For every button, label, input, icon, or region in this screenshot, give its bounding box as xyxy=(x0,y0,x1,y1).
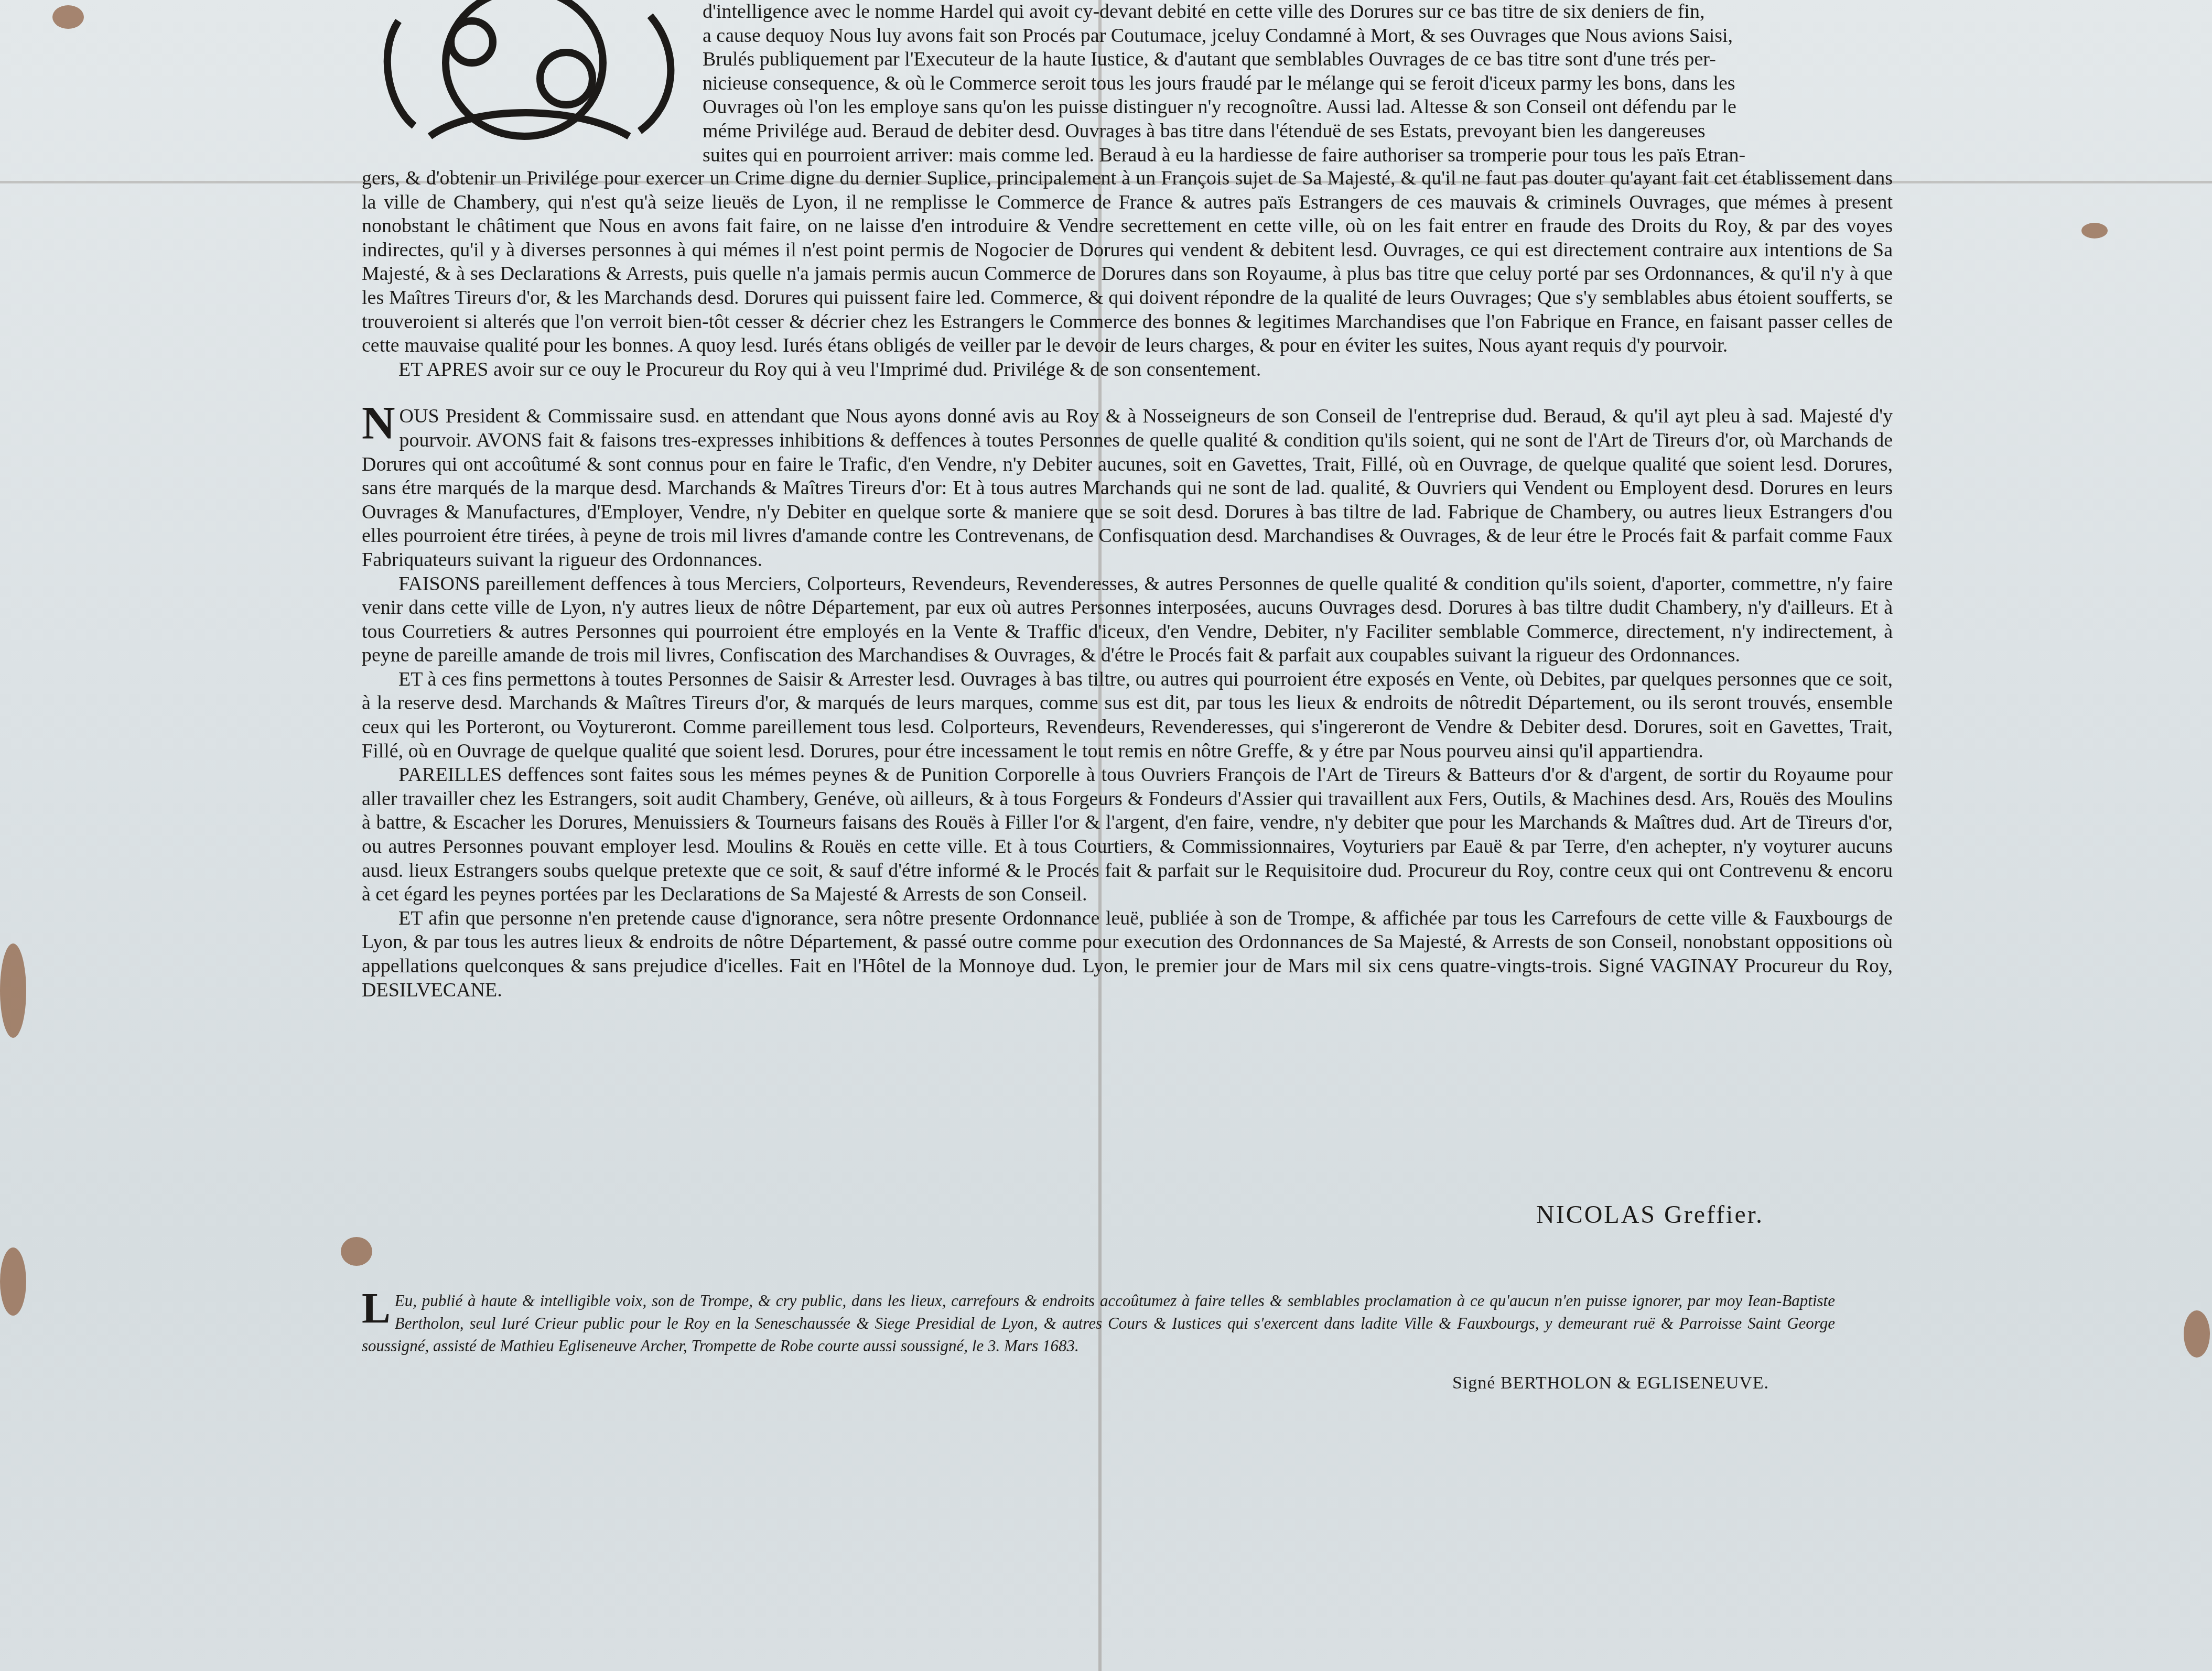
stain xyxy=(0,943,26,1038)
signature-greffier: NICOLAS Greffier. xyxy=(1536,1200,1764,1229)
stain xyxy=(52,5,84,29)
stain xyxy=(341,1237,372,1266)
signature-crieur: Signé BERTHOLON & EGLISENEUVE. xyxy=(1452,1373,1769,1393)
paragraph-faisons: FAISONS pareillement deffences à tous Me… xyxy=(362,572,1893,668)
document-page: d'intelligence avec le nomme Hardel qui … xyxy=(0,0,2212,1671)
drop-cap: N xyxy=(362,405,395,442)
paragraph-et-afin: ET afin que personne n'en pretende cause… xyxy=(362,907,1893,1002)
text-line: a cause dequoy Nous luy avons fait son P… xyxy=(703,24,1898,48)
drop-cap: L xyxy=(362,1289,391,1327)
paragraph-nous: NOUS President & Commissaire susd. en at… xyxy=(362,405,1893,572)
publication-notice: LEu, publié à haute & intelligible voix,… xyxy=(362,1289,1835,1357)
publication-text: Eu, publié à haute & intelligible voix, … xyxy=(362,1292,1835,1355)
paragraph-considerations: gers, & d'obtenir un Privilége pour exer… xyxy=(362,167,1893,358)
stain xyxy=(2081,223,2108,238)
text-line: d'intelligence avec le nomme Hardel qui … xyxy=(703,0,1898,24)
text-line: Brulés publiquement par l'Executeur de l… xyxy=(703,48,1898,72)
stain xyxy=(2184,1310,2210,1358)
text-line: nicieuse consequence, & où le Commerce s… xyxy=(703,72,1898,96)
paragraph-pareilles: PAREILLES deffences sont faites sous les… xyxy=(362,763,1893,907)
paragraph-et-apres: ET APRES avoir sur ce ouy le Procureur d… xyxy=(362,358,1893,382)
body-text: gers, & d'obtenir un Privilége pour exer… xyxy=(362,167,1893,1002)
header-text-block: d'intelligence avec le nomme Hardel qui … xyxy=(703,0,1898,167)
text-line: suites qui en pourroient arriver: mais c… xyxy=(703,144,1898,168)
paragraph-et-a-ces-fins: ET à ces fins permettons à toutes Person… xyxy=(362,668,1893,763)
text-line: méme Privilége aud. Beraud de debiter de… xyxy=(703,120,1898,144)
stain xyxy=(0,1247,26,1316)
paragraph-nous-text: OUS President & Commissaire susd. en att… xyxy=(362,405,1893,571)
decorated-initial-icon xyxy=(367,0,692,147)
text-line: Ouvrages où l'on les employe sans qu'on … xyxy=(703,95,1898,120)
